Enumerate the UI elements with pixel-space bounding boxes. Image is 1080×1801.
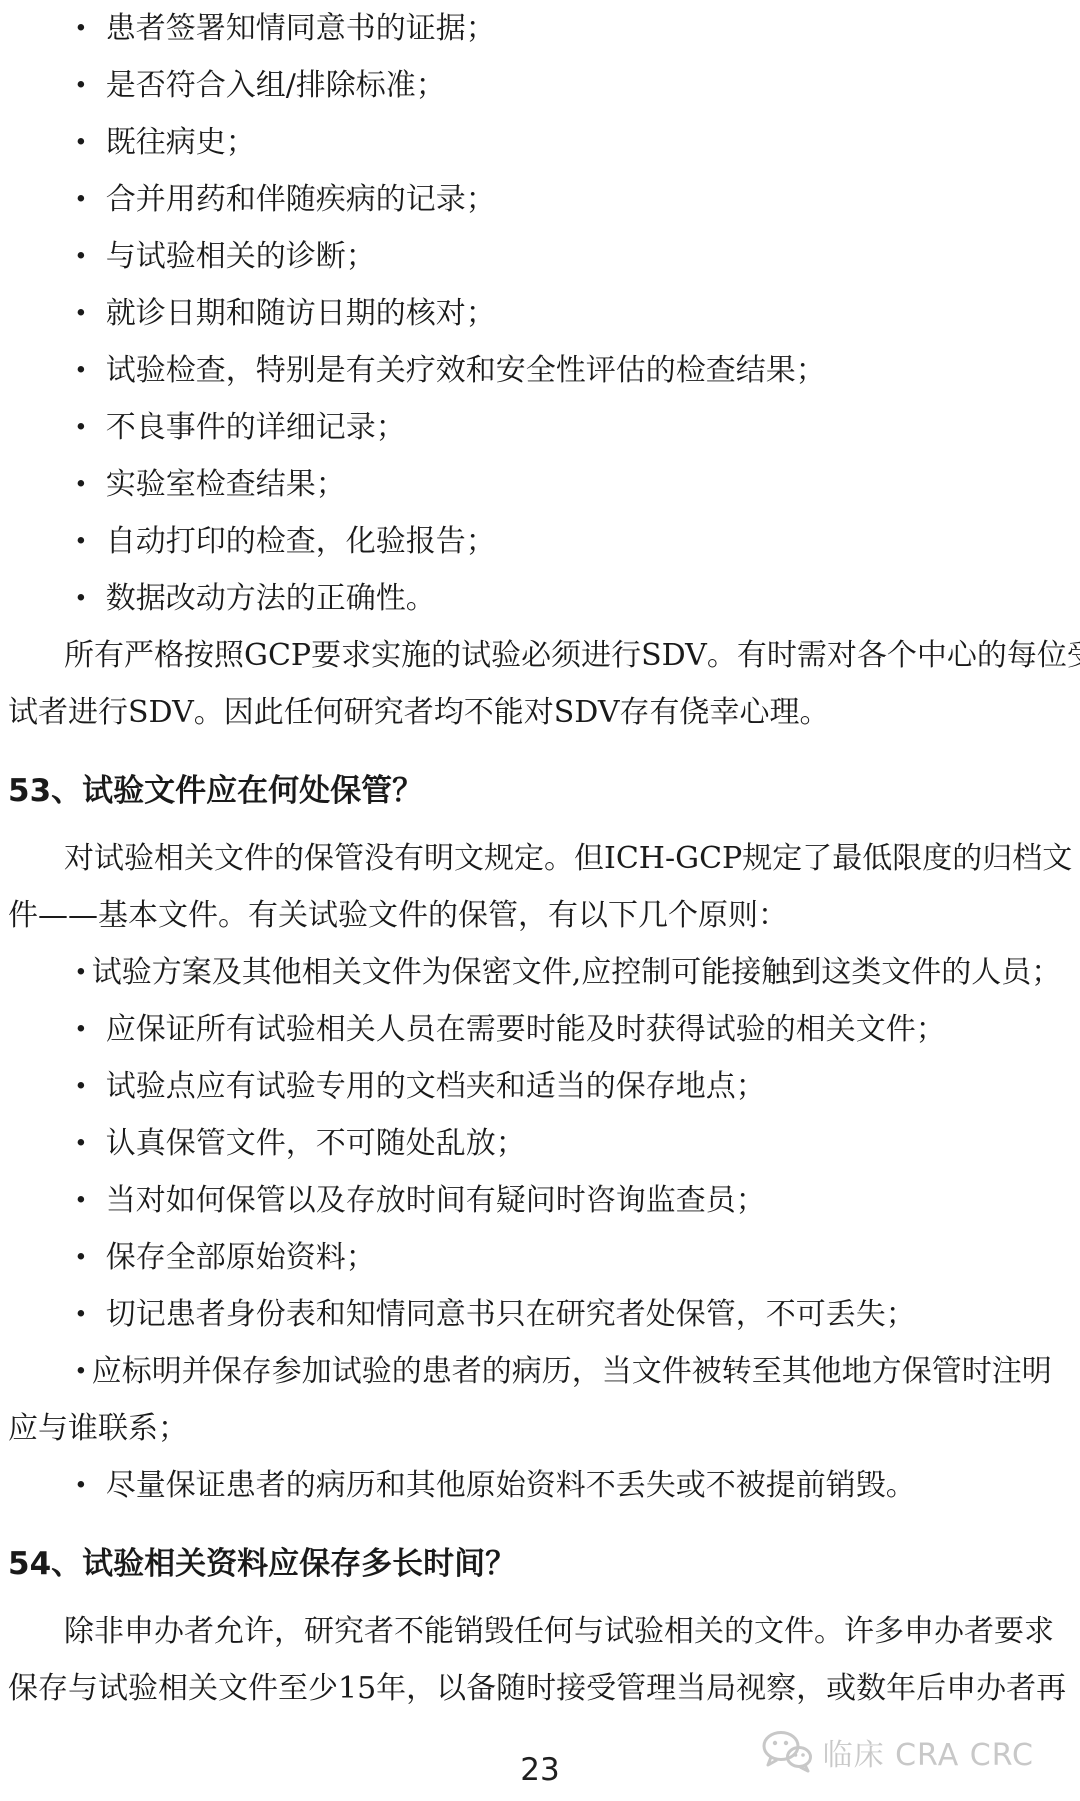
bullet-item: •试验点应有试验专用的文档夹和适当的保存地点；: [0, 1058, 1080, 1115]
bullet-marker-icon: •: [74, 1065, 87, 1108]
bullet-item: •尽量保证患者的病历和其他原始资料不丢失或不被提前销毁。: [0, 1457, 1080, 1514]
bullet-marker-icon: •: [74, 577, 87, 620]
bullet-text: 切记患者身份表和知情同意书只在研究者处保管，不可丢失；: [106, 1297, 916, 1332]
bullet-marker-icon: •: [74, 520, 87, 563]
bullet-marker-icon: •: [74, 951, 87, 994]
bullet-marker-icon: •: [74, 235, 87, 278]
section-heading: 53、试验文件应在何处保管？: [0, 763, 1080, 820]
bullet-text: 认真保管文件，不可随处乱放；: [106, 1126, 526, 1161]
bullet-text: 数据改动方法的正确性。: [106, 581, 436, 616]
bullet-text: 与试验相关的诊断；: [106, 239, 376, 274]
bullet-text: 不良事件的详细记录；: [106, 410, 406, 445]
paragraph-line: 所有严格按照GCP要求实施的试验必须进行SDV。有时需对各个中心的每位受: [0, 627, 1080, 684]
bullet-item: •合并用药和伴随疾病的记录；: [0, 171, 1080, 228]
paragraph-line: 件——基本文件。有关试验文件的保管，有以下几个原则：: [0, 887, 1080, 944]
bullet-item: •自动打印的检查，化验报告；: [0, 513, 1080, 570]
bullet-text: 自动打印的检查，化验报告；: [106, 524, 496, 559]
bullet-item: •实验室检查结果；: [0, 456, 1080, 513]
bullet-marker-icon: •: [74, 406, 87, 449]
section-heading: 54、试验相关资料应保存多长时间？: [0, 1536, 1080, 1593]
bullet-text: 实验室检查结果；: [106, 467, 346, 502]
bullet-text: 应标明并保存参加试验的患者的病历，当文件被转至其他地方保管时注明: [92, 1354, 1052, 1389]
bullet-marker-icon: •: [74, 121, 87, 164]
paragraph-line: 应与谁联系；: [0, 1400, 1080, 1457]
paragraph-line: 除非申办者允许，研究者不能销毁任何与试验相关的文件。许多申办者要求: [0, 1603, 1080, 1660]
bullet-item: •试验方案及其他相关文件为保密文件,应控制可能接触到这类文件的人员；: [0, 944, 1080, 1001]
document-page: •患者签署知情同意书的证据；•是否符合入组/排除标准；•既往病史；•合并用药和伴…: [0, 0, 1080, 1801]
bullet-item: •患者签署知情同意书的证据；: [0, 0, 1080, 57]
bullet-item: •与试验相关的诊断；: [0, 228, 1080, 285]
document-body: •患者签署知情同意书的证据；•是否符合入组/排除标准；•既往病史；•合并用药和伴…: [0, 0, 1080, 1717]
bullet-text: 试验检查，特别是有关疗效和安全性评估的检查结果；: [106, 353, 826, 388]
bullet-item: •认真保管文件，不可随处乱放；: [0, 1115, 1080, 1172]
bullet-marker-icon: •: [74, 1293, 87, 1336]
bullet-text: 合并用药和伴随疾病的记录；: [106, 182, 496, 217]
bullet-item: •数据改动方法的正确性。: [0, 570, 1080, 627]
bullet-text: 试验方案及其他相关文件为保密文件,应控制可能接触到这类文件的人员；: [92, 955, 1062, 990]
bullet-item: •既往病史；: [0, 114, 1080, 171]
bullet-marker-icon: •: [74, 1179, 87, 1222]
bullet-item: •不良事件的详细记录；: [0, 399, 1080, 456]
bullet-marker-icon: •: [74, 7, 87, 50]
bullet-item: •试验检查，特别是有关疗效和安全性评估的检查结果；: [0, 342, 1080, 399]
bullet-item: •应保证所有试验相关人员在需要时能及时获得试验的相关文件；: [0, 1001, 1080, 1058]
bullet-item: •是否符合入组/排除标准；: [0, 57, 1080, 114]
bullet-marker-icon: •: [74, 1008, 87, 1051]
bullet-text: 就诊日期和随访日期的核对；: [106, 296, 496, 331]
bullet-marker-icon: •: [74, 292, 87, 335]
bullet-item: •应标明并保存参加试验的患者的病历，当文件被转至其他地方保管时注明: [0, 1343, 1080, 1400]
bullet-text: 当对如何保管以及存放时间有疑问时咨询监查员；: [106, 1183, 766, 1218]
bullet-text: 试验点应有试验专用的文档夹和适当的保存地点；: [106, 1069, 766, 1104]
bullet-item: •保存全部原始资料；: [0, 1229, 1080, 1286]
bullet-text: 既往病史；: [106, 125, 256, 160]
paragraph-line: 对试验相关文件的保管没有明文规定。但ICH-GCP规定了最低限度的归档文: [0, 830, 1080, 887]
bullet-item: •切记患者身份表和知情同意书只在研究者处保管，不可丢失；: [0, 1286, 1080, 1343]
paragraph-line: 保存与试验相关文件至少15年，以备随时接受管理当局视察，或数年后申办者再: [0, 1660, 1080, 1717]
paragraph-line: 试者进行SDV。因此任何研究者均不能对SDV存有侥幸心理。: [0, 684, 1080, 741]
bullet-marker-icon: •: [74, 178, 87, 221]
bullet-marker-icon: •: [74, 64, 87, 107]
bullet-marker-icon: •: [74, 463, 87, 506]
bullet-marker-icon: •: [74, 1236, 87, 1279]
bullet-text: 应保证所有试验相关人员在需要时能及时获得试验的相关文件；: [106, 1012, 946, 1047]
bullet-marker-icon: •: [74, 349, 87, 392]
bullet-text: 保存全部原始资料；: [106, 1240, 376, 1275]
bullet-text: 是否符合入组/排除标准；: [106, 68, 446, 103]
page-number: 23: [0, 1752, 1080, 1788]
bullet-text: 患者签署知情同意书的证据；: [106, 11, 496, 46]
bullet-marker-icon: •: [74, 1122, 87, 1165]
bullet-item: •当对如何保管以及存放时间有疑问时咨询监查员；: [0, 1172, 1080, 1229]
bullet-text: 尽量保证患者的病历和其他原始资料不丢失或不被提前销毁。: [106, 1468, 916, 1503]
bullet-marker-icon: •: [74, 1464, 87, 1507]
bullet-marker-icon: •: [74, 1350, 87, 1393]
bullet-item: •就诊日期和随访日期的核对；: [0, 285, 1080, 342]
